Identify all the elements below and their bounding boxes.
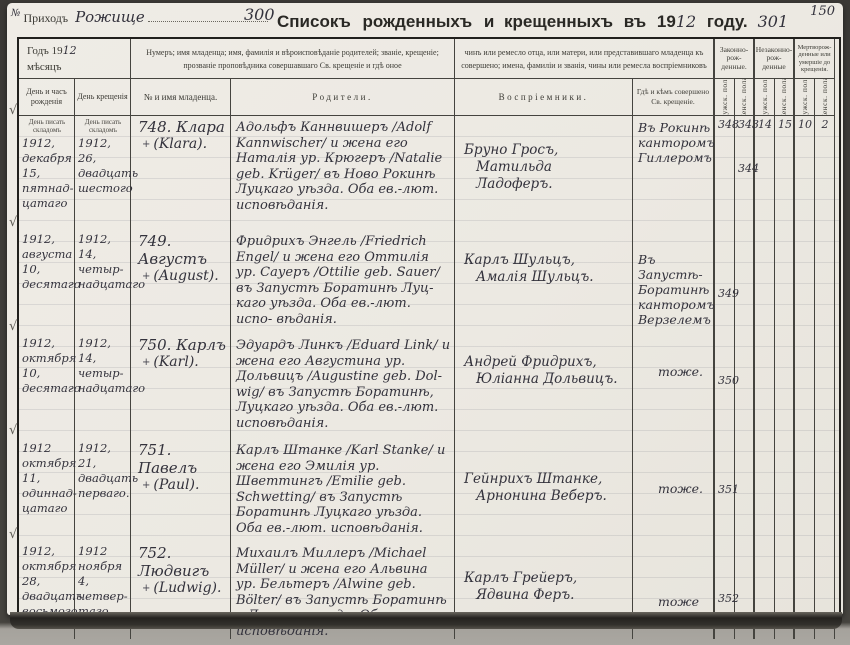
- register-table: Годъ 1912 мѣсяцъ Нумеръ; имя младенца; и…: [17, 37, 841, 615]
- count-legit-female-cell: [735, 439, 755, 542]
- count-legit-male-cell: 351: [715, 439, 735, 542]
- page-title-part1: Списокъ рожденныхъ и: [277, 12, 494, 32]
- count-illegit-male-cell: [755, 439, 775, 542]
- count-legit-female-cell: [735, 230, 755, 334]
- carried-total: 10: [798, 118, 812, 131]
- table-row: 1912, августа10, десятаго 1912,14, четыр…: [19, 230, 839, 334]
- baptism-date-cell: 1912,14, четыр-надцатаго: [75, 230, 131, 334]
- margin-check-mark: √: [9, 103, 17, 118]
- cross-mark: +: [142, 271, 150, 282]
- count-illegit-female-cell: [775, 439, 795, 542]
- group-illegitimate: Незаконно-рож-денные: [755, 39, 795, 79]
- count-illegit-female-cell: [775, 230, 795, 334]
- count-stillborn-male-cell: [795, 439, 815, 542]
- column-header-parents: Родители.: [231, 79, 455, 116]
- godparents-cell: Гейнрихъ Штанке,Арнонина Веберъ.: [455, 439, 633, 542]
- count-stillborn-male-cell: [795, 334, 815, 439]
- table-row: 1912, октября28, двадцатьвосьмого 1912 н…: [19, 542, 839, 615]
- column-header-male: Мужск. пола.: [755, 79, 775, 116]
- count-stillborn-male-cell: 10: [795, 116, 815, 230]
- table-row: 1912, октября10, десятаго 1912,14, четыр…: [19, 334, 839, 439]
- page-title-part2: крещенныхъ въ 1912 году.301: [504, 12, 788, 32]
- date-instruction: День писатьскладомъ: [78, 118, 128, 134]
- column-header-baptism: День крещенія: [75, 79, 131, 116]
- baptism-date-cell: День писатьскладомъ 1912,26, двадцатьшес…: [75, 116, 131, 230]
- column-header-name: № и имя младенца.: [131, 79, 231, 116]
- birth-date-cell: 1912, октября10, десятаго: [19, 334, 75, 439]
- date-instruction: День писатьскладомъ: [22, 118, 72, 134]
- year-handwritten: 12: [63, 44, 77, 57]
- parents-cell: Эдуардъ Линкъ /Eduard Link/ и жена его А…: [231, 334, 455, 439]
- register-page: № Приходъ Рожище 300 Списокъ рожденныхъ …: [7, 3, 843, 615]
- column-header-where: Гдѣ и кѣмъ совершеноСв. крещеніе.: [633, 79, 715, 116]
- column-header-birth: День и часъ рожденія: [19, 79, 75, 116]
- count-illegit-female-cell: 15: [775, 116, 795, 230]
- column-header-female: Женск. пола.: [775, 79, 795, 116]
- godparents-cell: Карлъ Шульцъ,Амалія Шульцъ.: [455, 230, 633, 334]
- count-stillborn-female-cell: 2: [815, 116, 835, 230]
- column-header-godparents: Воспріемники.: [455, 79, 633, 116]
- parents-cell: Адольфъ Каннвишеръ /Adolf Kannwischer/ и…: [231, 116, 455, 230]
- margin-check-mark: √: [9, 527, 17, 542]
- count-legit-male-cell: 350: [715, 334, 735, 439]
- parish-label: Приходъ: [23, 11, 68, 25]
- where-baptized-cell: тоже.: [633, 439, 715, 542]
- where-baptized-cell: Въ РокинѣканторомъГиллеромъ: [633, 116, 715, 230]
- sheet-number: 150: [810, 4, 835, 19]
- count-illegit-male-cell: [755, 334, 775, 439]
- entry-name-cell: 750. Карлъ +(Karl).: [131, 334, 231, 439]
- entry-name-cell: 749. Августъ +(August).: [131, 230, 231, 334]
- cross-mark: +: [142, 583, 150, 594]
- count-legit-male-cell: 348: [715, 116, 735, 230]
- cross-mark: +: [142, 139, 150, 150]
- table-header: Годъ 1912 мѣсяцъ Нумеръ; имя младенца; и…: [19, 39, 839, 116]
- carried-total: 14: [758, 118, 772, 131]
- cross-mark: +: [142, 357, 150, 368]
- parents-cell: Карлъ Штанке /Karl Stanke/ и жена его Эм…: [231, 439, 455, 542]
- carried-total: 343: [738, 118, 751, 131]
- count-stillborn-female-cell: [815, 439, 835, 542]
- month-label: мѣсяцъ: [27, 59, 61, 75]
- carried-total: 348: [718, 118, 732, 131]
- where-baptized-cell: тоже.: [633, 334, 715, 439]
- baptism-date-cell: 1912,21, двадцатьперваго.: [75, 439, 131, 542]
- carried-total: 2: [818, 118, 832, 131]
- parish-name-handwritten: Рожище: [75, 8, 145, 26]
- group-stillborn: Мертворож-денные илиумершіе докрещенія.: [795, 39, 835, 79]
- cross-mark: +: [142, 480, 150, 491]
- parents-cell: Фридрихъ Энгель /Friedrich Engel/ и жена…: [231, 230, 455, 334]
- header-main-right: чинъ или ремесло отца, или матери, или п…: [455, 39, 715, 79]
- margin-check-mark: √: [9, 319, 17, 334]
- page-bottom-edge: [10, 612, 842, 629]
- count-illegit-male-cell: [755, 230, 775, 334]
- column-header-male: Мужск. пола.: [715, 79, 735, 116]
- title-year-handwritten: 12: [676, 12, 696, 31]
- group-legitimate: Законно-рож-денные.: [715, 39, 755, 79]
- carried-total: 15: [778, 118, 791, 131]
- margin-check-mark: √: [9, 423, 17, 438]
- column-header-female: Женск. пола.: [815, 79, 835, 116]
- birth-date-cell: 1912, августа10, десятаго: [19, 230, 75, 334]
- birth-date-cell: День писатьскладомъ 1912, декабря15, пят…: [19, 116, 75, 230]
- count-stillborn-male-cell: [795, 230, 815, 334]
- header-main-left: Нумеръ; имя младенца; имя, фамилія и вѣр…: [131, 39, 455, 79]
- entry-name-cell: 751. Павелъ +(Paul).: [131, 439, 231, 542]
- count-illegit-male-cell: 14: [755, 116, 775, 230]
- count-stillborn-female-cell: [815, 334, 835, 439]
- table-row: День писатьскладомъ 1912, декабря15, пят…: [19, 116, 839, 230]
- count-legit-male-cell: 349: [715, 230, 735, 334]
- baptism-date-cell: 1912,14, четыр-надцатаго: [75, 334, 131, 439]
- column-header-male: Мужск. пола.: [795, 79, 815, 116]
- handwritten-number-left: 300: [244, 5, 275, 24]
- where-baptized-cell: Въ Запустѣ-БоратинѣканторомъВерзелемъ: [633, 230, 715, 334]
- count-stillborn-female-cell: [815, 230, 835, 334]
- parish-line: № Приходъ Рожище: [11, 8, 268, 26]
- count-legit-female-cell: [735, 334, 755, 439]
- godparents-cell: Андрей Фридрихъ,Юліанна Дольвицъ.: [455, 334, 633, 439]
- margin-check-mark: √: [9, 215, 17, 230]
- column-header-female: Женск. пола.: [735, 79, 755, 116]
- count-illegit-female-cell: [775, 334, 795, 439]
- godparents-cell: Бруно Гросъ,Матильда Ладоферъ.: [455, 116, 633, 230]
- year-month-box: Годъ 1912 мѣсяцъ: [19, 39, 131, 79]
- table-row: 1912 октября11, одиннад-цатаго 1912,21, …: [19, 439, 839, 542]
- number-symbol: №: [11, 8, 20, 19]
- table-body: День писатьскладомъ 1912, декабря15, пят…: [19, 116, 839, 615]
- handwritten-number-right: 301: [758, 12, 789, 31]
- birth-date-cell: 1912 октября11, одиннад-цатаго: [19, 439, 75, 542]
- count-legit-female-cell: 343344: [735, 116, 755, 230]
- entry-name-cell: 748. Клара +(Klara).: [131, 116, 231, 230]
